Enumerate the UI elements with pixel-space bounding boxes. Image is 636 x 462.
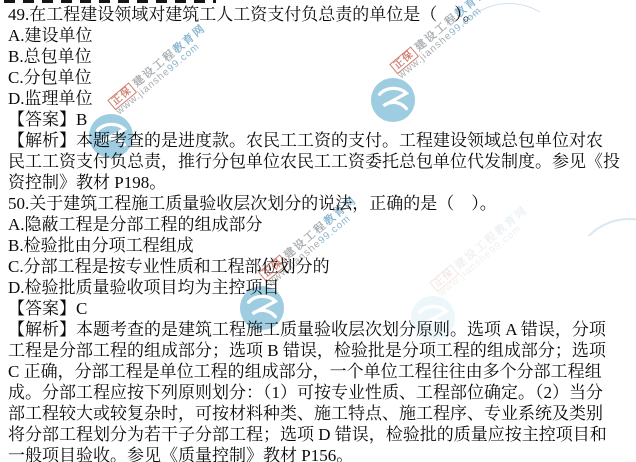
q50-analysis-line-6: 将分部工程划分为若干子分部工程；选项 D 错误，检验批的质量应按主控项目和 — [8, 424, 636, 445]
q50-stem: 50.关于建筑工程施工质量验收层次划分的说法，正确的是（ ）。 — [8, 193, 636, 214]
cropped-text-remnants — [4, 0, 216, 3]
q50-analysis-line-7: 一般项目验收。参见《质量控制》教材 P156。 — [8, 445, 636, 462]
q49-stem: 49.在工程建设领域对建筑工人工资支付负总责的单位是（ ）。 — [8, 4, 636, 25]
q49-option-a: A.建设单位 — [8, 25, 636, 46]
q50-option-a: A.隐蔽工程是分部工程的组成部分 — [8, 214, 636, 235]
question-text-column: 49.在工程建设领域对建筑工人工资支付负总责的单位是（ ）。 A.建设单位 B.… — [8, 4, 636, 462]
q50-analysis-line-2: 工程是分部工程的组成部分；选项 B 错误，检验批是分项工程的组成部分；选项 — [8, 340, 636, 361]
q50-answer: 【答案】C — [8, 298, 636, 319]
q49-analysis-line-2: 民工工资支付负总责，推行分包单位农民工工资委托总包单位代发制度。参见《投 — [8, 151, 636, 172]
q50-analysis-line-4: 成。分部工程应按下列原则划分：（1）可按专业性质、工程部位确定。（2）当分 — [8, 382, 636, 403]
q49-option-c: C.分包单位 — [8, 67, 636, 88]
q49-option-b: B.总包单位 — [8, 46, 636, 67]
q50-option-d: D.检验批质量验收项目均为主控项目 — [8, 277, 636, 298]
exam-answer-sheet: 正保建设工程教育网 www.jianshe99.com 正保建设工程教育网 ww… — [0, 0, 636, 462]
q50-analysis-line-3: C 正确，分部工程是单位工程的组成部分，一个单位工程往往由多个分部工程组 — [8, 361, 636, 382]
q50-analysis-line-5: 部工程较大或较复杂时，可按材料种类、施工特点、施工程序、专业系统及类别 — [8, 403, 636, 424]
q49-answer: 【答案】B — [8, 109, 636, 130]
q49-analysis-line-3: 资控制》教材 P198。 — [8, 172, 636, 193]
q49-analysis-line-1: 【解析】本题考查的是进度款。农民工工资的支付。工程建设领域总包单位对农 — [8, 130, 636, 151]
q50-option-c: C.分部工程是按专业性质和工程部位划分的 — [8, 256, 636, 277]
q50-analysis-line-1: 【解析】本题考查的是建筑工程施工质量验收层次划分原则。选项 A 错误，分项 — [8, 319, 636, 340]
q50-option-b: B.检验批由分项工程组成 — [8, 235, 636, 256]
q49-option-d: D.监理单位 — [8, 88, 636, 109]
